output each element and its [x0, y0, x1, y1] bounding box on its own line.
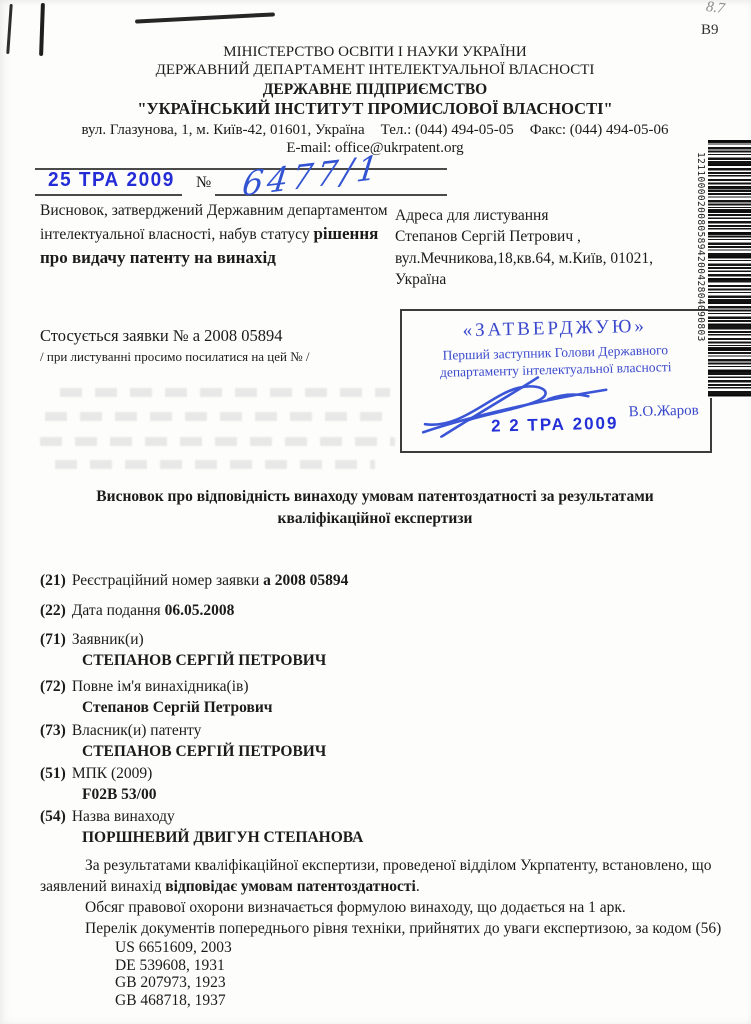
approval-stamp-box: «ЗАТВЕРДЖУЮ» Перший заступник Голови Дер… — [400, 309, 712, 453]
field-73-label: Власник(и) патенту — [72, 722, 202, 739]
pen-mark-top — [135, 12, 275, 23]
barcode — [708, 140, 751, 398]
approval-title: «ЗАТВЕРДЖУЮ» — [401, 314, 709, 344]
field-72-label: Повне ім'я винахідника(ів) — [72, 678, 249, 695]
status-paragraph: Висновок, затверджений Державним департа… — [40, 200, 388, 270]
correspondence-name: Степанов Сергій Петрович , — [395, 226, 665, 247]
reference-item: GB 468718, 1937 — [115, 992, 724, 1010]
approval-stamp-content: «ЗАТВЕРДЖУЮ» Перший заступник Голови Дер… — [400, 307, 711, 454]
header-department: ДЕРЖАВНИЙ ДЕПАРТАМЕНТ ІНТЕЛЕКТУАЛЬНОЇ ВЛ… — [55, 62, 695, 80]
field-71-label: Заявник(и) — [72, 631, 144, 648]
field-22-label: Дата подання — [72, 602, 161, 619]
header-ministry: МІНІСТЕРСТВО ОСВІТИ І НАУКИ УКРАЇНИ — [55, 44, 695, 62]
correspondence-label: Адреса для листування — [395, 205, 665, 226]
field-72: (72)Повне ім'я винахідника(ів) Степанов … — [40, 676, 273, 718]
field-71-value: СТЕПАНОВ СЕРГІЙ ПЕТРОВИЧ — [40, 650, 326, 671]
date-underline — [35, 194, 182, 196]
bleedthrough-artifact — [45, 412, 395, 421]
field-72-value: Степанов Сергій Петрович — [40, 697, 273, 718]
conclusion-paragraph-1: За результатами кваліфікаційної експерти… — [40, 855, 724, 897]
reference-item: DE 539608, 1931 — [115, 957, 724, 975]
field-73: (73)Власник(и) патенту СТЕПАНОВ СЕРГІЙ П… — [40, 720, 326, 762]
header-address: вул. Глазунова, 1, м. Київ-42, 01601, Ук… — [81, 122, 364, 138]
staple-mark-left — [6, 4, 12, 54]
field-21-value: а 2008 05894 — [263, 572, 348, 589]
field-71: (71)Заявник(и) СТЕПАНОВ СЕРГІЙ ПЕТРОВИЧ — [40, 629, 326, 671]
document-title: Висновок про відповідність винаходу умов… — [45, 486, 705, 529]
incoming-date-stamp: 25 ТРА 2009 — [48, 169, 175, 192]
approval-signer-name: В.О.Жаров — [628, 403, 699, 422]
field-72-code: (72) — [40, 678, 66, 695]
conclusion-p1-period: . — [416, 878, 420, 895]
field-73-value: СТЕПАНОВ СЕРГІЙ ПЕТРОВИЧ — [40, 741, 326, 762]
correspondence-street: вул.Мечникова,18,кв.64, м.Київ, 01021, — [395, 248, 665, 269]
field-51-code: (51) — [40, 765, 66, 782]
field-51-label: МПК (2009) — [72, 765, 153, 782]
staple-mark-left2 — [39, 3, 45, 56]
correspondence-country: Україна — [395, 269, 665, 290]
field-21-label: Реєстраційний номер заявки — [72, 572, 259, 589]
header-fax: Факс: (044) 494-05-06 — [530, 122, 669, 138]
field-51-value: F02B 53/00 — [40, 784, 157, 805]
conclusion-p1-bold: відповідає умовам патентоздатності — [165, 878, 416, 895]
field-22-value: 06.05.2008 — [165, 602, 235, 619]
field-54-code: (54) — [40, 808, 66, 825]
approval-date-stamp: 2 2 ТРА 2009 — [491, 413, 619, 436]
header-contact-line: вул. Глазунова, 1, м. Київ-42, 01601, Ук… — [55, 122, 695, 140]
document-title-line1: Висновок про відповідність винаходу умов… — [45, 486, 705, 508]
scanned-patent-document: 8.7 B9 МІНІСТЕРСТВО ОСВІТИ І НАУКИ УКРАЇ… — [0, 0, 751, 1024]
bleedthrough-artifact — [40, 437, 395, 446]
prior-art-references: US 6651609, 2003 DE 539608, 1931 GB 2079… — [115, 939, 724, 1009]
header-enterprise: ДЕРЖАВНЕ ПІДПРИЄМСТВО — [55, 81, 695, 99]
reference-item: GB 207973, 1923 — [115, 974, 724, 992]
corner-code: B9 — [701, 22, 719, 39]
field-22: (22)Дата подання 06.05.2008 — [40, 600, 234, 621]
header-tel: Тел.: (044) 494-05-05 — [381, 122, 514, 138]
field-71-code: (71) — [40, 631, 66, 648]
reference-item: US 6651609, 2003 — [115, 939, 724, 957]
field-51: (51)МПК (2009) F02B 53/00 — [40, 763, 157, 805]
number-sign-label: № — [196, 174, 211, 192]
conclusion-section: За результатами кваліфікаційної експерти… — [40, 855, 724, 1009]
barcode-number: 1211000020080589420042804090803 — [694, 152, 706, 352]
application-reference: Стосується заявки № а 2008 05894 — [40, 326, 283, 346]
header-institute: "УКРАЇНСЬКИЙ ІНСТИТУТ ПРОМИСЛОВОЇ ВЛАСНО… — [55, 99, 695, 118]
conclusion-paragraph-2: Обсяг правової охорони визначається форм… — [40, 897, 724, 918]
field-21: (21)Реєстраційний номер заявки а 2008 05… — [40, 570, 348, 591]
bleedthrough-artifact — [60, 388, 390, 397]
pencil-note: 8.7 — [705, 0, 726, 18]
field-54-value: ПОРШНЕВИЙ ДВИГУН СТЕПАНОВА — [40, 827, 363, 848]
document-title-line2: кваліфікаційної експертизи — [45, 508, 705, 530]
field-73-code: (73) — [40, 722, 66, 739]
conclusion-paragraph-3: Перелік документів попереднього рівня те… — [40, 918, 724, 939]
field-54: (54)Назва винаходу ПОРШНЕВИЙ ДВИГУН СТЕП… — [40, 806, 363, 848]
correspondence-address-block: Адреса для листування Степанов Сергій Пе… — [395, 205, 665, 291]
bleedthrough-artifact — [55, 460, 375, 469]
field-22-code: (22) — [40, 602, 66, 619]
field-54-label: Назва винаходу — [72, 808, 175, 825]
application-reference-note: / при листуванні просимо посилатися на ц… — [40, 349, 310, 365]
field-21-code: (21) — [40, 572, 66, 589]
